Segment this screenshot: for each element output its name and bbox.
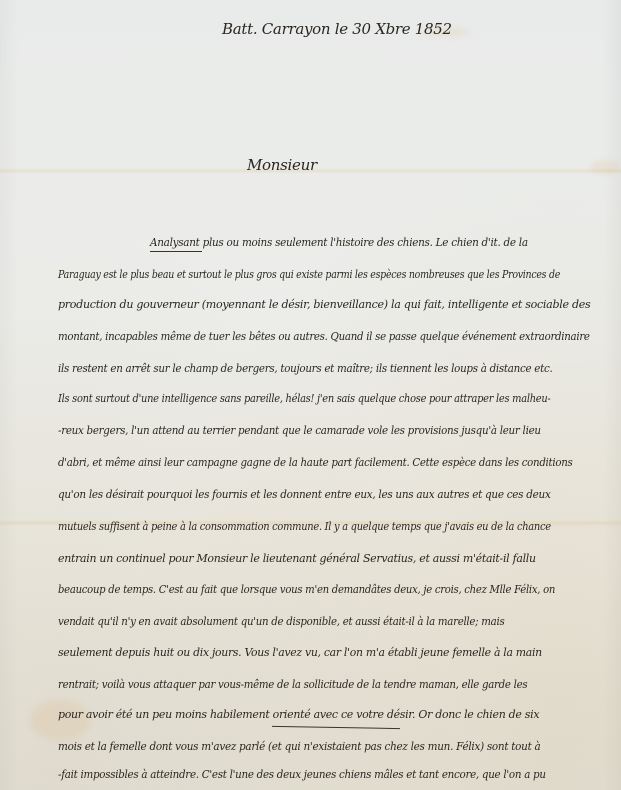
letter-dateline: Batt. Carrayon le 30 Xbre 1852 (222, 20, 452, 38)
letter-line: Paraguay est le plus beau et surtout le … (58, 268, 560, 281)
letter-line: Ils sont surtout d'une intelligence sans… (58, 392, 550, 405)
letter-line: -reux bergers, l'un attend au terrier pe… (58, 424, 541, 437)
letter-line: entrain un continuel pour Monsieur le li… (58, 552, 536, 565)
letter-line: beaucoup de temps. C'est au fait que lor… (58, 583, 555, 596)
letter-line: mutuels suffisent à peine à la consommat… (58, 520, 551, 533)
letter-line: production du gouverneur (moyennant le d… (58, 298, 590, 311)
letter-line: pour avoir été un peu moins habilement o… (58, 708, 539, 721)
letter-line: -fait impossibles à atteindre. C'est l'u… (58, 768, 546, 781)
letter-line: vendait qu'il n'y en avait absolument qu… (58, 615, 504, 628)
letter-line: ils restent en arrêt sur le champ de ber… (58, 362, 552, 375)
letter-line: montant, incapables même de tuer les bêt… (58, 330, 590, 343)
letter-line: qu'on les désirait pourquoi les fournis … (58, 488, 551, 501)
underline-analysant (150, 251, 202, 252)
letter-salutation: Monsieur (247, 156, 317, 174)
letter-line: Analysant plus ou moins seulement l'hist… (150, 236, 528, 249)
paper-stain (590, 160, 620, 174)
letter-line: seulement depuis huit ou dix jours. Vous… (58, 646, 542, 659)
letter-line: rentrait; voilà vous attaquer par vous-m… (58, 678, 527, 691)
letter-line: mois et la femelle dont vous m'avez parl… (58, 740, 540, 753)
letter-line: d'abri, et même ainsi leur campagne gagn… (58, 456, 572, 469)
